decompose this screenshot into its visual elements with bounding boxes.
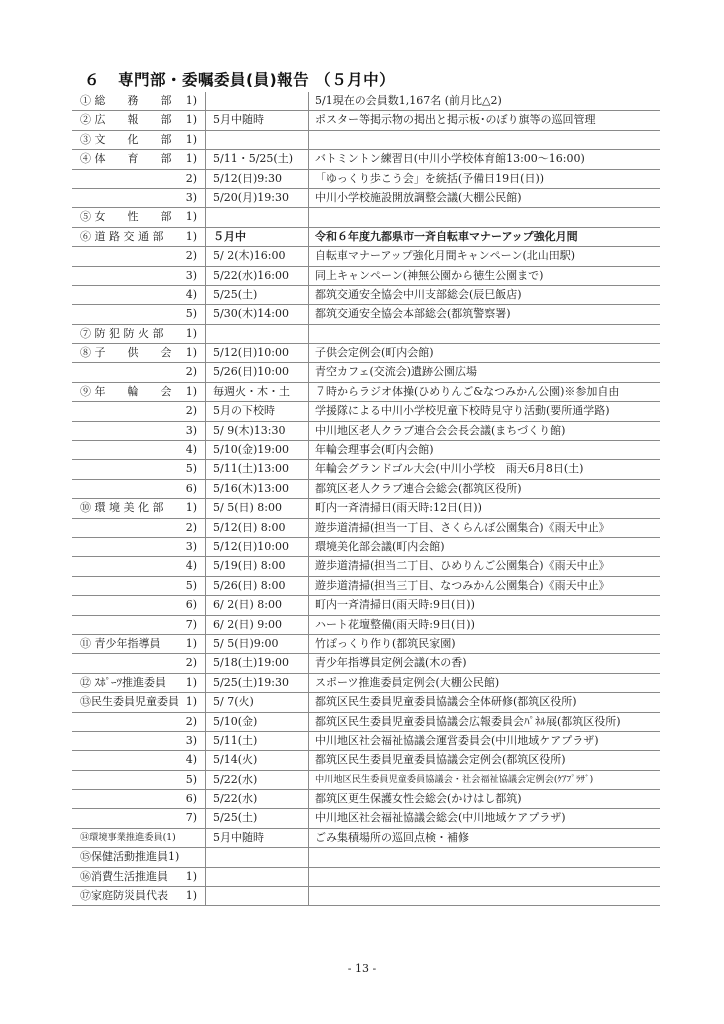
department-cell: ④ 体 育 部1)	[72, 150, 205, 168]
date-cell: 5/12(日)9:30	[205, 170, 308, 188]
date-cell: 5/22(水)	[205, 790, 308, 808]
date-cell: 5/ 9(木)13:30	[205, 422, 308, 440]
table-row: 2)5/10(金)都筑区民生委員児童委員協議会広報委員会ﾊﾟﾈﾙ展(都筑区役所)	[72, 713, 660, 732]
item-index: 3)	[186, 732, 197, 750]
item-index: 5)	[186, 460, 197, 478]
department-cell: ⑥ 道 路 交 通 部1)	[72, 228, 205, 246]
department-cell: 2)	[72, 713, 205, 731]
content-cell: 竹ぽっくり作り(都筑民家園)	[308, 635, 660, 653]
item-index: 2)	[186, 402, 197, 420]
department-cell: ① 総 務 部1)	[72, 92, 205, 110]
date-cell: 5月中随時	[205, 829, 308, 847]
department-cell: ⑯消費生活推進員1)	[72, 868, 205, 886]
department-cell: ⑨ 年 輪 会1)	[72, 383, 205, 401]
table-row: 7)6/ 2(日) 9:00ハート花壇整備(雨天時:9日(日))	[72, 616, 660, 635]
table-row: ① 総 務 部1)5/1現在の会員数1,167名 (前月比△2)	[72, 92, 660, 111]
table-row: ⑰家庭防災員代表1)	[72, 887, 660, 906]
item-index: 1)	[186, 344, 197, 362]
item-index: 1)	[186, 92, 197, 110]
item-index: 5)	[186, 771, 197, 789]
department-cell: 5)	[72, 460, 205, 478]
date-cell: 5/12(日)10:00	[205, 344, 308, 362]
date-cell	[205, 92, 308, 110]
table-row: ⑤ 女 性 部1)	[72, 208, 660, 227]
department-cell: ⑧ 子 供 会1)	[72, 344, 205, 362]
content-cell: 「ゆっくり歩こう会」を統括(予備日19日(日))	[308, 170, 660, 188]
content-cell: 都筑交通安全協会本部総会(都筑警察署)	[308, 305, 660, 323]
date-cell	[205, 868, 308, 886]
item-index: 1)	[186, 383, 197, 401]
department-name: ⑭環境事業推進委員(1)	[80, 829, 176, 847]
content-cell	[308, 131, 660, 149]
department-cell: 3)	[72, 189, 205, 207]
date-cell: 5/26(日)10:00	[205, 363, 308, 381]
table-row: 5)5/22(水)中川地区民生委員児童委員協議会・社会福祉協議会定例会(ｹｱﾌﾟ…	[72, 771, 660, 790]
content-cell: ７時からラジオ体操(ひめりんご&なつみかん公園)※参加自由	[308, 383, 660, 401]
department-cell: 7)	[72, 616, 205, 634]
item-index: 2)	[186, 170, 197, 188]
department-cell: 5)	[72, 577, 205, 595]
department-name: ⑬民生委員児童委員	[80, 693, 179, 711]
department-cell: 2)	[72, 402, 205, 420]
table-row: ⑥ 道 路 交 通 部1)５月中令和６年度九都県市一斉自転車マナーアップ強化月間	[72, 228, 660, 247]
department-cell: ⑫ ｽﾎﾟｰﾂ推進委員1)	[72, 674, 205, 692]
department-cell: 6)	[72, 480, 205, 498]
item-index: 1)	[186, 635, 197, 653]
department-cell: ⑰家庭防災員代表1)	[72, 887, 205, 905]
date-cell: 6/ 2(日) 8:00	[205, 596, 308, 614]
content-cell: 町内一斉清掃日(雨天時:12日(日))	[308, 499, 660, 517]
content-cell	[308, 887, 660, 905]
date-cell: 5/12(日)10:00	[205, 538, 308, 556]
item-index: 1)	[186, 868, 197, 886]
department-cell: 7)	[72, 809, 205, 827]
table-row: ⑧ 子 供 会1)5/12(日)10:00子供会定例会(町内会館)	[72, 344, 660, 363]
page-number: - 13 -	[0, 962, 724, 975]
date-cell: 5/10(金)	[205, 713, 308, 731]
date-cell: 6/ 2(日) 9:00	[205, 616, 308, 634]
department-cell: ⑪ 青少年指導員1)	[72, 635, 205, 653]
date-cell: 5/ 5(日)9:00	[205, 635, 308, 653]
item-index: 1)	[186, 499, 197, 517]
item-index: 1)	[186, 111, 197, 129]
content-cell: スポーツ推進委員定例会(大棚公民館)	[308, 674, 660, 692]
date-cell: 5/30(木)14:00	[205, 305, 308, 323]
department-name: ⑥ 道 路 交 通 部	[80, 228, 163, 246]
table-row: 2)5/ 2(木)16:00自転車マナーアップ強化月間キャンペーン(北山田駅)	[72, 247, 660, 266]
content-cell: 同上キャンペーン(神無公園から徳生公園まで)	[308, 267, 660, 285]
content-cell: ごみ集積場所の巡回点検・補修	[308, 829, 660, 847]
item-index: 4)	[186, 557, 197, 575]
date-cell: 5/ 2(木)16:00	[205, 247, 308, 265]
table-row: 6)5/16(木)13:00都筑区老人クラブ連合会総会(都筑区役所)	[72, 480, 660, 499]
content-cell: 中川小学校施設開放調整会議(大棚公民館)	[308, 189, 660, 207]
item-index: 6)	[186, 596, 197, 614]
department-cell: ⑩ 環 境 美 化 部1)	[72, 499, 205, 517]
content-cell: 都筑区民生委員児童委員協議会広報委員会ﾊﾟﾈﾙ展(都筑区役所)	[308, 713, 660, 731]
table-row: 4)5/19(日) 8:00遊歩道清掃(担当二丁目、ひめりんご公園集合)《雨天中…	[72, 557, 660, 576]
table-row: ⑨ 年 輪 会1)毎週火・木・土７時からラジオ体操(ひめりんご&なつみかん公園)…	[72, 383, 660, 402]
content-cell: 年輪会グランドゴル大会(中川小学校 雨天6月8日(土)	[308, 460, 660, 478]
content-cell: 遊歩道清掃(担当二丁目、ひめりんご公園集合)《雨天中止》	[308, 557, 660, 575]
department-name: ⑮保健活動推進員1)	[80, 848, 179, 866]
table-row: ⑫ ｽﾎﾟｰﾂ推進委員1)5/25(土)19:30スポーツ推進委員定例会(大棚公…	[72, 674, 660, 693]
date-cell: 5/ 7(火)	[205, 693, 308, 711]
table-row: 6)6/ 2(日) 8:00町内一斉清掃日(雨天時:9日(日))	[72, 596, 660, 615]
item-index: 1)	[186, 208, 197, 226]
table-row: 5)5/11(土)13:00年輪会グランドゴル大会(中川小学校 雨天6月8日(土…	[72, 460, 660, 479]
table-row: ② 広 報 部1)5月中随時ポスター等掲示物の掲出と掲示板･のぼり旗等の巡回管理	[72, 111, 660, 130]
department-cell: 2)	[72, 519, 205, 537]
item-index: 5)	[186, 577, 197, 595]
department-name: ② 広 報 部	[80, 111, 172, 129]
content-cell: 環境美化部会議(町内会館)	[308, 538, 660, 556]
department-name: ⑨ 年 輪 会	[80, 383, 172, 401]
item-index: 2)	[186, 519, 197, 537]
department-cell: 3)	[72, 267, 205, 285]
content-cell	[308, 868, 660, 886]
table-row: 2)5/12(日)9:30「ゆっくり歩こう会」を統括(予備日19日(日))	[72, 170, 660, 189]
item-index: 2)	[186, 713, 197, 731]
date-cell: ５月中	[205, 228, 308, 246]
department-name: ⑤ 女 性 部	[80, 208, 172, 226]
item-index: 1)	[186, 150, 197, 168]
date-cell: 5/19(日) 8:00	[205, 557, 308, 575]
item-index: 3)	[186, 422, 197, 440]
department-cell: ③ 文 化 部1)	[72, 131, 205, 149]
content-cell: 学援隊による中川小学校児童下校時見守り活動(要所通学路)	[308, 402, 660, 420]
report-table: ① 総 務 部1)5/1現在の会員数1,167名 (前月比△2)② 広 報 部1…	[72, 92, 660, 906]
date-cell: 5/20(月)19:30	[205, 189, 308, 207]
table-row: ③ 文 化 部1)	[72, 131, 660, 150]
content-cell: 青少年指導員定例会議(木の香)	[308, 654, 660, 672]
department-name: ⑪ 青少年指導員	[80, 635, 161, 653]
table-row: 2)5月の下校時学援隊による中川小学校児童下校時見守り活動(要所通学路)	[72, 402, 660, 421]
date-cell: 5/10(金)19:00	[205, 441, 308, 459]
department-cell: ⑬民生委員児童委員1)	[72, 693, 205, 711]
item-index: 4)	[186, 441, 197, 459]
content-cell: 年輪会理事会(町内会館)	[308, 441, 660, 459]
table-row: ⑬民生委員児童委員1)5/ 7(火)都筑区民生委員児童委員協議会全体研修(都筑区…	[72, 693, 660, 712]
date-cell: 5/ 5(日) 8:00	[205, 499, 308, 517]
department-cell: 2)	[72, 654, 205, 672]
content-cell: 遊歩道清掃(担当一丁目、さくらんぼ公園集合)《雨天中止》	[308, 519, 660, 537]
table-row: 5)5/26(日) 8:00遊歩道清掃(担当三丁目、なつみかん公園集合)《雨天中…	[72, 577, 660, 596]
table-row: 6)5/22(水)都筑区更生保護女性会総会(かけはし都筑)	[72, 790, 660, 809]
date-cell	[205, 131, 308, 149]
content-cell	[308, 208, 660, 226]
item-index: 1)	[186, 693, 197, 711]
table-row: 5)5/30(木)14:00都筑交通安全協会本部総会(都筑警察署)	[72, 305, 660, 324]
table-row: 2)5/26(日)10:00青空カフェ(交流会)遺跡公園広場	[72, 363, 660, 382]
department-cell: 3)	[72, 732, 205, 750]
item-index: 1)	[186, 131, 197, 149]
content-cell	[308, 325, 660, 343]
item-index: 6)	[186, 790, 197, 808]
department-cell: ⑭環境事業推進委員(1)	[72, 829, 205, 847]
department-cell: 2)	[72, 363, 205, 381]
department-cell: ⑦ 防 犯 防 火 部1)	[72, 325, 205, 343]
date-cell: 5/14(火)	[205, 751, 308, 769]
department-cell: 3)	[72, 538, 205, 556]
date-cell: 5/26(日) 8:00	[205, 577, 308, 595]
department-cell: 4)	[72, 441, 205, 459]
content-cell: 自転車マナーアップ強化月間キャンペーン(北山田駅)	[308, 247, 660, 265]
section-number: ６	[84, 71, 100, 89]
date-cell	[205, 848, 308, 866]
item-index: 7)	[186, 616, 197, 634]
item-index: 1)	[186, 887, 197, 905]
item-index: 3)	[186, 189, 197, 207]
department-cell: ⑤ 女 性 部1)	[72, 208, 205, 226]
item-index: 2)	[186, 363, 197, 381]
department-name: ① 総 務 部	[80, 92, 172, 110]
department-cell: 6)	[72, 596, 205, 614]
content-cell: 中川地区社会福祉協議会総会(中川地域ケアプラザ)	[308, 809, 660, 827]
department-name: ③ 文 化 部	[80, 131, 172, 149]
table-row: 3)5/ 9(木)13:30中川地区老人クラブ連合会会長会議(まちづくり館)	[72, 422, 660, 441]
content-cell: 都筑交通安全協会中川支部総会(辰巳飯店)	[308, 286, 660, 304]
department-name: ⑰家庭防災員代表	[80, 887, 168, 905]
item-index: 3)	[186, 267, 197, 285]
department-name: ⑯消費生活推進員	[80, 868, 168, 886]
date-cell	[205, 325, 308, 343]
item-index: 2)	[186, 247, 197, 265]
date-cell: 5/18(土)19:00	[205, 654, 308, 672]
date-cell: 5/25(土)	[205, 809, 308, 827]
table-row: 4)5/14(火)都筑区民生委員児童委員協議会定例会(都筑区役所)	[72, 751, 660, 770]
table-row: ④ 体 育 部1)5/11・5/25(土)バトミントン練習日(中川小学校体育館1…	[72, 150, 660, 169]
table-row: 3)5/12(日)10:00環境美化部会議(町内会館)	[72, 538, 660, 557]
department-cell: 6)	[72, 790, 205, 808]
content-cell: 中川地区民生委員児童委員協議会・社会福祉協議会定例会(ｹｱﾌﾟﾗｻﾞ)	[308, 771, 660, 789]
section-title: 専門部・委嘱委員(員)報告 （５月中）	[118, 71, 395, 89]
department-cell: ⑮保健活動推進員1)	[72, 848, 205, 866]
table-row: 3)5/11(土)中川地区社会福祉協議会運営委員会(中川地域ケアプラザ)	[72, 732, 660, 751]
department-cell: 4)	[72, 557, 205, 575]
content-cell: 子供会定例会(町内会館)	[308, 344, 660, 362]
date-cell: 5/25(土)	[205, 286, 308, 304]
date-cell	[205, 887, 308, 905]
content-cell: 中川地区社会福祉協議会運営委員会(中川地域ケアプラザ)	[308, 732, 660, 750]
table-row: ⑦ 防 犯 防 火 部1)	[72, 325, 660, 344]
date-cell	[205, 208, 308, 226]
content-cell: 都筑区民生委員児童委員協議会定例会(都筑区役所)	[308, 751, 660, 769]
table-row: ⑪ 青少年指導員1)5/ 5(日)9:00竹ぽっくり作り(都筑民家園)	[72, 635, 660, 654]
page-title: ６専門部・委嘱委員(員)報告 （５月中）	[84, 68, 395, 90]
table-row: ⑩ 環 境 美 化 部1)5/ 5(日) 8:00町内一斉清掃日(雨天時:12日…	[72, 499, 660, 518]
date-cell: 5月中随時	[205, 111, 308, 129]
item-index: 4)	[186, 286, 197, 304]
date-cell: 5/11(土)	[205, 732, 308, 750]
content-cell	[308, 848, 660, 866]
content-cell: ハート花壇整備(雨天時:9日(日))	[308, 616, 660, 634]
table-row: 3)5/22(水)16:00同上キャンペーン(神無公園から徳生公園まで)	[72, 267, 660, 286]
item-index: 2)	[186, 654, 197, 672]
date-cell: 5月の下校時	[205, 402, 308, 420]
content-cell: 都筑区老人クラブ連合会総会(都筑区役所)	[308, 480, 660, 498]
date-cell: 5/16(木)13:00	[205, 480, 308, 498]
date-cell: 5/11・5/25(土)	[205, 150, 308, 168]
department-cell: 4)	[72, 286, 205, 304]
content-cell: 5/1現在の会員数1,167名 (前月比△2)	[308, 92, 660, 110]
department-cell: 5)	[72, 305, 205, 323]
table-row: ⑭環境事業推進委員(1)5月中随時ごみ集積場所の巡回点検・補修	[72, 829, 660, 848]
department-name: ⑩ 環 境 美 化 部	[80, 499, 163, 517]
item-index: 4)	[186, 751, 197, 769]
department-name: ⑫ ｽﾎﾟｰﾂ推進委員	[80, 674, 166, 692]
date-cell: 5/22(水)16:00	[205, 267, 308, 285]
item-index: 6)	[186, 480, 197, 498]
item-index: 7)	[186, 809, 197, 827]
table-row: ⑯消費生活推進員1)	[72, 868, 660, 887]
department-cell: 2)	[72, 170, 205, 188]
content-cell: 町内一斉清掃日(雨天時:9日(日))	[308, 596, 660, 614]
date-cell: 毎週火・木・土	[205, 383, 308, 401]
table-row: 7)5/25(土)中川地区社会福祉協議会総会(中川地域ケアプラザ)	[72, 809, 660, 828]
table-row: 4)5/10(金)19:00年輪会理事会(町内会館)	[72, 441, 660, 460]
department-cell: ② 広 報 部1)	[72, 111, 205, 129]
item-index: 1)	[186, 674, 197, 692]
item-index: 1)	[186, 325, 197, 343]
department-cell: 3)	[72, 422, 205, 440]
date-cell: 5/22(水)	[205, 771, 308, 789]
content-cell: 都筑区更生保護女性会総会(かけはし都筑)	[308, 790, 660, 808]
table-row: 4)5/25(土)都筑交通安全協会中川支部総会(辰巳飯店)	[72, 286, 660, 305]
content-cell: ポスター等掲示物の掲出と掲示板･のぼり旗等の巡回管理	[308, 111, 660, 129]
department-name: ④ 体 育 部	[80, 150, 172, 168]
date-cell: 5/11(土)13:00	[205, 460, 308, 478]
department-name: ⑧ 子 供 会	[80, 344, 172, 362]
table-row: ⑮保健活動推進員1)	[72, 848, 660, 867]
content-cell: 中川地区老人クラブ連合会会長会議(まちづくり館)	[308, 422, 660, 440]
table-row: 3)5/20(月)19:30中川小学校施設開放調整会議(大棚公民館)	[72, 189, 660, 208]
content-cell: 都筑区民生委員児童委員協議会全体研修(都筑区役所)	[308, 693, 660, 711]
content-cell: バトミントン練習日(中川小学校体育館13:00～16:00)	[308, 150, 660, 168]
content-cell: 令和６年度九都県市一斉自転車マナーアップ強化月間	[308, 228, 660, 246]
item-index: 5)	[186, 305, 197, 323]
date-cell: 5/12(日) 8:00	[205, 519, 308, 537]
content-cell: 遊歩道清掃(担当三丁目、なつみかん公園集合)《雨天中止》	[308, 577, 660, 595]
date-cell: 5/25(土)19:30	[205, 674, 308, 692]
item-index: 3)	[186, 538, 197, 556]
table-row: 2)5/18(土)19:00青少年指導員定例会議(木の香)	[72, 654, 660, 673]
department-cell: 4)	[72, 751, 205, 769]
item-index: 1)	[186, 228, 197, 246]
department-cell: 5)	[72, 771, 205, 789]
content-cell: 青空カフェ(交流会)遺跡公園広場	[308, 363, 660, 381]
department-cell: 2)	[72, 247, 205, 265]
table-row: 2)5/12(日) 8:00遊歩道清掃(担当一丁目、さくらんぼ公園集合)《雨天中…	[72, 519, 660, 538]
department-name: ⑦ 防 犯 防 火 部	[80, 325, 163, 343]
